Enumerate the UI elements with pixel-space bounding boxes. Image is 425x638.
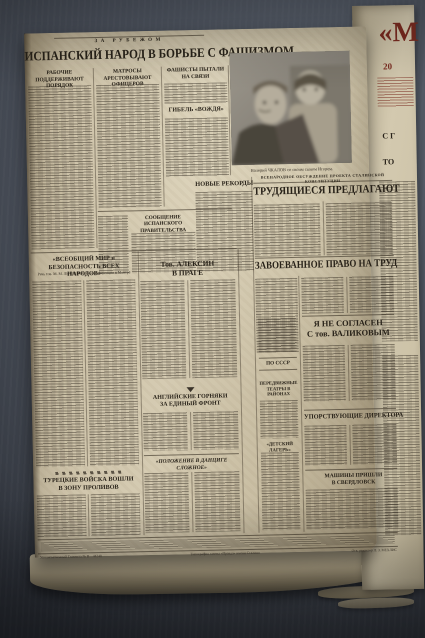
- subheadline-vozhd: ГИБЕЛЬ «ВОЖДЯ»: [165, 106, 228, 115]
- text-column: [91, 493, 141, 536]
- page-stack-strip: [338, 597, 414, 610]
- text-column: [164, 82, 227, 103]
- adjacent-date-fragment: 20: [383, 61, 392, 72]
- disagree-headline: Я НЕ СОГЛАСЕН С тов. ВАЛИКОВЫМ: [302, 318, 394, 340]
- prague-headline: Тов. АЛЕКСИН В ПРАГЕ: [140, 258, 235, 278]
- newspaper-page: ЗА РУБЕЖОМ ИСПАНСКИЙ НАРОД В БОРЬБЕ С ФА…: [24, 26, 377, 557]
- column-rule: [349, 425, 351, 465]
- section-rule: [144, 453, 239, 456]
- text-column: [37, 494, 87, 537]
- text-column: [306, 488, 399, 530]
- text-column: [86, 279, 139, 466]
- text-column: [254, 203, 321, 256]
- newspaper-photograph: «М 20 С Г ТО ЗА РУБЕЖОМ ИСПАНСКИЙ НАРОД …: [0, 0, 425, 638]
- text-column: [261, 452, 301, 531]
- photo-chkalov-with-son: [229, 51, 351, 165]
- turkish-line2: В ЗОНУ ПРОЛИВОВ: [58, 483, 118, 491]
- column-rule: [190, 412, 192, 450]
- text-column: [326, 202, 393, 255]
- text-column: [352, 424, 397, 465]
- column-rule: [191, 472, 193, 532]
- turkish-headline: ТУРЕЦКИЕ ВОЙСКА ВОШЛИ В ЗОНУ ПРОЛИВОВ: [35, 475, 141, 492]
- sverdlovsk-line2: В СВЕРДЛОВСК: [332, 479, 376, 486]
- rubric-rule: [259, 357, 297, 359]
- disagree-line2: С тов. ВАЛИКОВЫМ: [307, 328, 390, 339]
- text-column: [140, 280, 186, 379]
- text-column: [143, 412, 188, 451]
- adjacent-red-text: [377, 77, 414, 108]
- subheadline-fascists: ФАШИСТЫ ПЫТАЛИ НА СВЯЗИ: [164, 66, 227, 81]
- theatres-headline: ПЕРЕДВИЖНЫЕ ТЕАТРЫ В РАЙОНАХ: [259, 380, 297, 398]
- adjacent-headline-fragment: С Г: [382, 131, 395, 141]
- text-column: [351, 344, 396, 401]
- disagree-line1: Я НЕ СОГЛАСЕН: [314, 318, 383, 328]
- adjacent-headline-fragment: ТО: [383, 157, 395, 167]
- adjacent-masthead-fragment: «М: [378, 19, 419, 48]
- text-column: [144, 472, 189, 533]
- ornament-rule: [55, 471, 121, 475]
- text-column: [349, 276, 394, 313]
- text-column: [28, 85, 94, 249]
- column-rule: [88, 494, 90, 536]
- text-column: [193, 411, 239, 450]
- text-column: [96, 84, 162, 208]
- text-column: [258, 318, 297, 353]
- subheadline-records: НОВЫЕ РЕКОРДЫ: [195, 180, 252, 189]
- danzig-headline: «ПОЛОЖЕНИЕ В ДАНЦИГЕ СЛОЖНОЕ»: [144, 457, 239, 472]
- ornament-triangle: [186, 387, 194, 392]
- column-rule: [323, 201, 325, 255]
- miners-headline: АНГЛИЙСКИЕ ГОРНЯКИ ЗА ЕДИНЫЙ ФРОНТ: [143, 393, 238, 410]
- rubric-rule: [259, 369, 297, 371]
- text-column: [303, 345, 346, 402]
- text-column: [165, 117, 229, 176]
- text-column: [301, 277, 344, 314]
- text-column: [194, 471, 240, 532]
- text-column: [304, 425, 347, 466]
- column-rule: [348, 345, 350, 401]
- prague-line2: В ПРАГЕ: [172, 268, 203, 278]
- text-column: [260, 400, 299, 439]
- miners-line2: ЗА ЕДИНЫЙ ФРОНТ: [160, 401, 221, 408]
- text-column: [32, 280, 85, 467]
- main-headline: ИСПАНСКИЙ НАРОД В БОРЬБЕ С ФАШИЗМОМ: [24, 44, 228, 64]
- photo-caption: Валерий ЧКАЛОВ со своим сыном Игорем.: [232, 166, 352, 174]
- sverdlovsk-headline: МАШИНЫ ПРИШЛИ В СВЕРДЛОВСК: [317, 472, 389, 487]
- column-rule: [346, 277, 348, 313]
- text-column: [190, 279, 237, 378]
- photo-image: [229, 51, 351, 165]
- ussr-rubric: ПО СССР: [259, 360, 297, 367]
